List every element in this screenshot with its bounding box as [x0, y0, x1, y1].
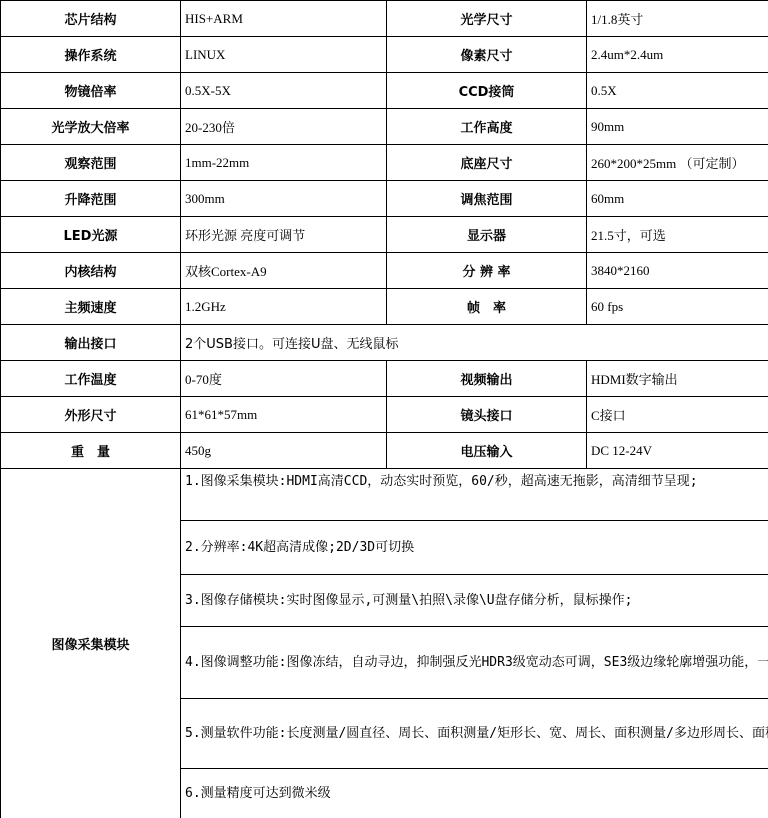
spec-table: 芯片结构 HIS+ARM 光学尺寸 1/1.8英寸 操作系统 LINUX 像素尺… — [0, 0, 768, 818]
module-feature: 1.图像采集模块:HDMI高清CCD，动态实时预览，60/秒，超高速无拖影，高清… — [181, 469, 768, 521]
spec-row-light: LED光源 环形光源 亮度可调节 显示器 21.5寸，可选 — [1, 217, 768, 253]
spec-label: 电压输入 — [387, 433, 587, 469]
spec-label: 主频速度 — [1, 289, 181, 325]
module-label: 图像采集模块 — [1, 469, 181, 818]
spec-value: C接口 — [587, 397, 768, 433]
module-feature: 4.图像调整功能:图像冻结，自动寻边，抑制强反光HDR3级宽动态可调，SE3级边… — [181, 627, 768, 699]
spec-label: 帧 率 — [387, 289, 587, 325]
spec-label: 分 辨 率 — [387, 253, 587, 289]
spec-value: 61*61*57mm — [181, 397, 387, 433]
spec-value: 1mm-22mm — [181, 145, 387, 181]
spec-value: 450g — [181, 433, 387, 469]
spec-row-temperature: 工作温度 0-70度 视频输出 HDMI数字输出 — [1, 361, 768, 397]
spec-row-output-port: 输出接口 2个USB接口。可连接U盘、无线鼠标 — [1, 325, 768, 361]
spec-label: 底座尺寸 — [387, 145, 587, 181]
spec-label: 观察范围 — [1, 145, 181, 181]
module-feature: 6.测量精度可达到微米级 — [181, 769, 768, 818]
spec-row-dimensions: 外形尺寸 61*61*57mm 镜头接口 C接口 — [1, 397, 768, 433]
spec-label: 升降范围 — [1, 181, 181, 217]
spec-value: 300mm — [181, 181, 387, 217]
spec-label: 像素尺寸 — [387, 37, 587, 73]
spec-label: 工作高度 — [387, 109, 587, 145]
spec-row-objective: 物镜倍率 0.5X-5X CCD接筒 0.5X — [1, 73, 768, 109]
spec-value: 2个USB接口。可连接U盘、无线鼠标 — [181, 325, 768, 361]
spec-row-os: 操作系统 LINUX 像素尺寸 2.4um*2.4um — [1, 37, 768, 73]
spec-label: CCD接筒 — [387, 73, 587, 109]
spec-value: HDMI数字输出 — [587, 361, 768, 397]
spec-value: LINUX — [181, 37, 387, 73]
spec-label: 物镜倍率 — [1, 73, 181, 109]
spec-value: 3840*2160 — [587, 253, 768, 289]
spec-label: 重 量 — [1, 433, 181, 469]
spec-value: 0-70度 — [181, 361, 387, 397]
spec-value: 双核Cortex-A9 — [181, 253, 387, 289]
spec-label: 操作系统 — [1, 37, 181, 73]
spec-row-frequency: 主频速度 1.2GHz 帧 率 60 fps — [1, 289, 768, 325]
spec-value: 60mm — [587, 181, 768, 217]
spec-label: 工作温度 — [1, 361, 181, 397]
spec-label: 视频输出 — [387, 361, 587, 397]
spec-label: 输出接口 — [1, 325, 181, 361]
spec-row-weight: 重 量 450g 电压输入 DC 12-24V — [1, 433, 768, 469]
spec-label: 镜头接口 — [387, 397, 587, 433]
spec-value: 260*200*25mm （可定制） — [587, 145, 768, 181]
module-feature: 5.测量软件功能:长度测量/圆直径、周长、面积测量/矩形长、宽、周长、面积测量/… — [181, 699, 768, 769]
spec-label: LED光源 — [1, 217, 181, 253]
spec-value: 1.2GHz — [181, 289, 387, 325]
spec-label: 光学放大倍率 — [1, 109, 181, 145]
spec-value: 20-230倍 — [181, 109, 387, 145]
spec-row-core: 内核结构 双核Cortex-A9 分 辨 率 3840*2160 — [1, 253, 768, 289]
spec-value: 60 fps — [587, 289, 768, 325]
spec-value: 90mm — [587, 109, 768, 145]
spec-label: 显示器 — [387, 217, 587, 253]
module-feature-row: 图像采集模块 1.图像采集模块:HDMI高清CCD，动态实时预览，60/秒，超高… — [1, 469, 768, 521]
spec-label: 内核结构 — [1, 253, 181, 289]
spec-value: HIS+ARM — [181, 1, 387, 37]
spec-row-view-range: 观察范围 1mm-22mm 底座尺寸 260*200*25mm （可定制） — [1, 145, 768, 181]
spec-label: 外形尺寸 — [1, 397, 181, 433]
spec-label: 调焦范围 — [387, 181, 587, 217]
spec-value: 0.5X-5X — [181, 73, 387, 109]
spec-label: 芯片结构 — [1, 1, 181, 37]
spec-row-magnification: 光学放大倍率 20-230倍 工作高度 90mm — [1, 109, 768, 145]
spec-value: 21.5寸，可选 — [587, 217, 768, 253]
spec-label: 光学尺寸 — [387, 1, 587, 37]
module-feature: 2.分辨率:4K超高清成像;2D/3D可切换 — [181, 521, 768, 575]
spec-value: 2.4um*2.4um — [587, 37, 768, 73]
spec-row-lift: 升降范围 300mm 调焦范围 60mm — [1, 181, 768, 217]
spec-value: 1/1.8英寸 — [587, 1, 768, 37]
spec-row-chip: 芯片结构 HIS+ARM 光学尺寸 1/1.8英寸 — [1, 1, 768, 37]
module-feature: 3.图像存储模块:实时图像显示,可测量\拍照\录像\U盘存储分析，鼠标操作; — [181, 575, 768, 627]
spec-value: 0.5X — [587, 73, 768, 109]
spec-value: DC 12-24V — [587, 433, 768, 469]
spec-value: 环形光源 亮度可调节 — [181, 217, 387, 253]
